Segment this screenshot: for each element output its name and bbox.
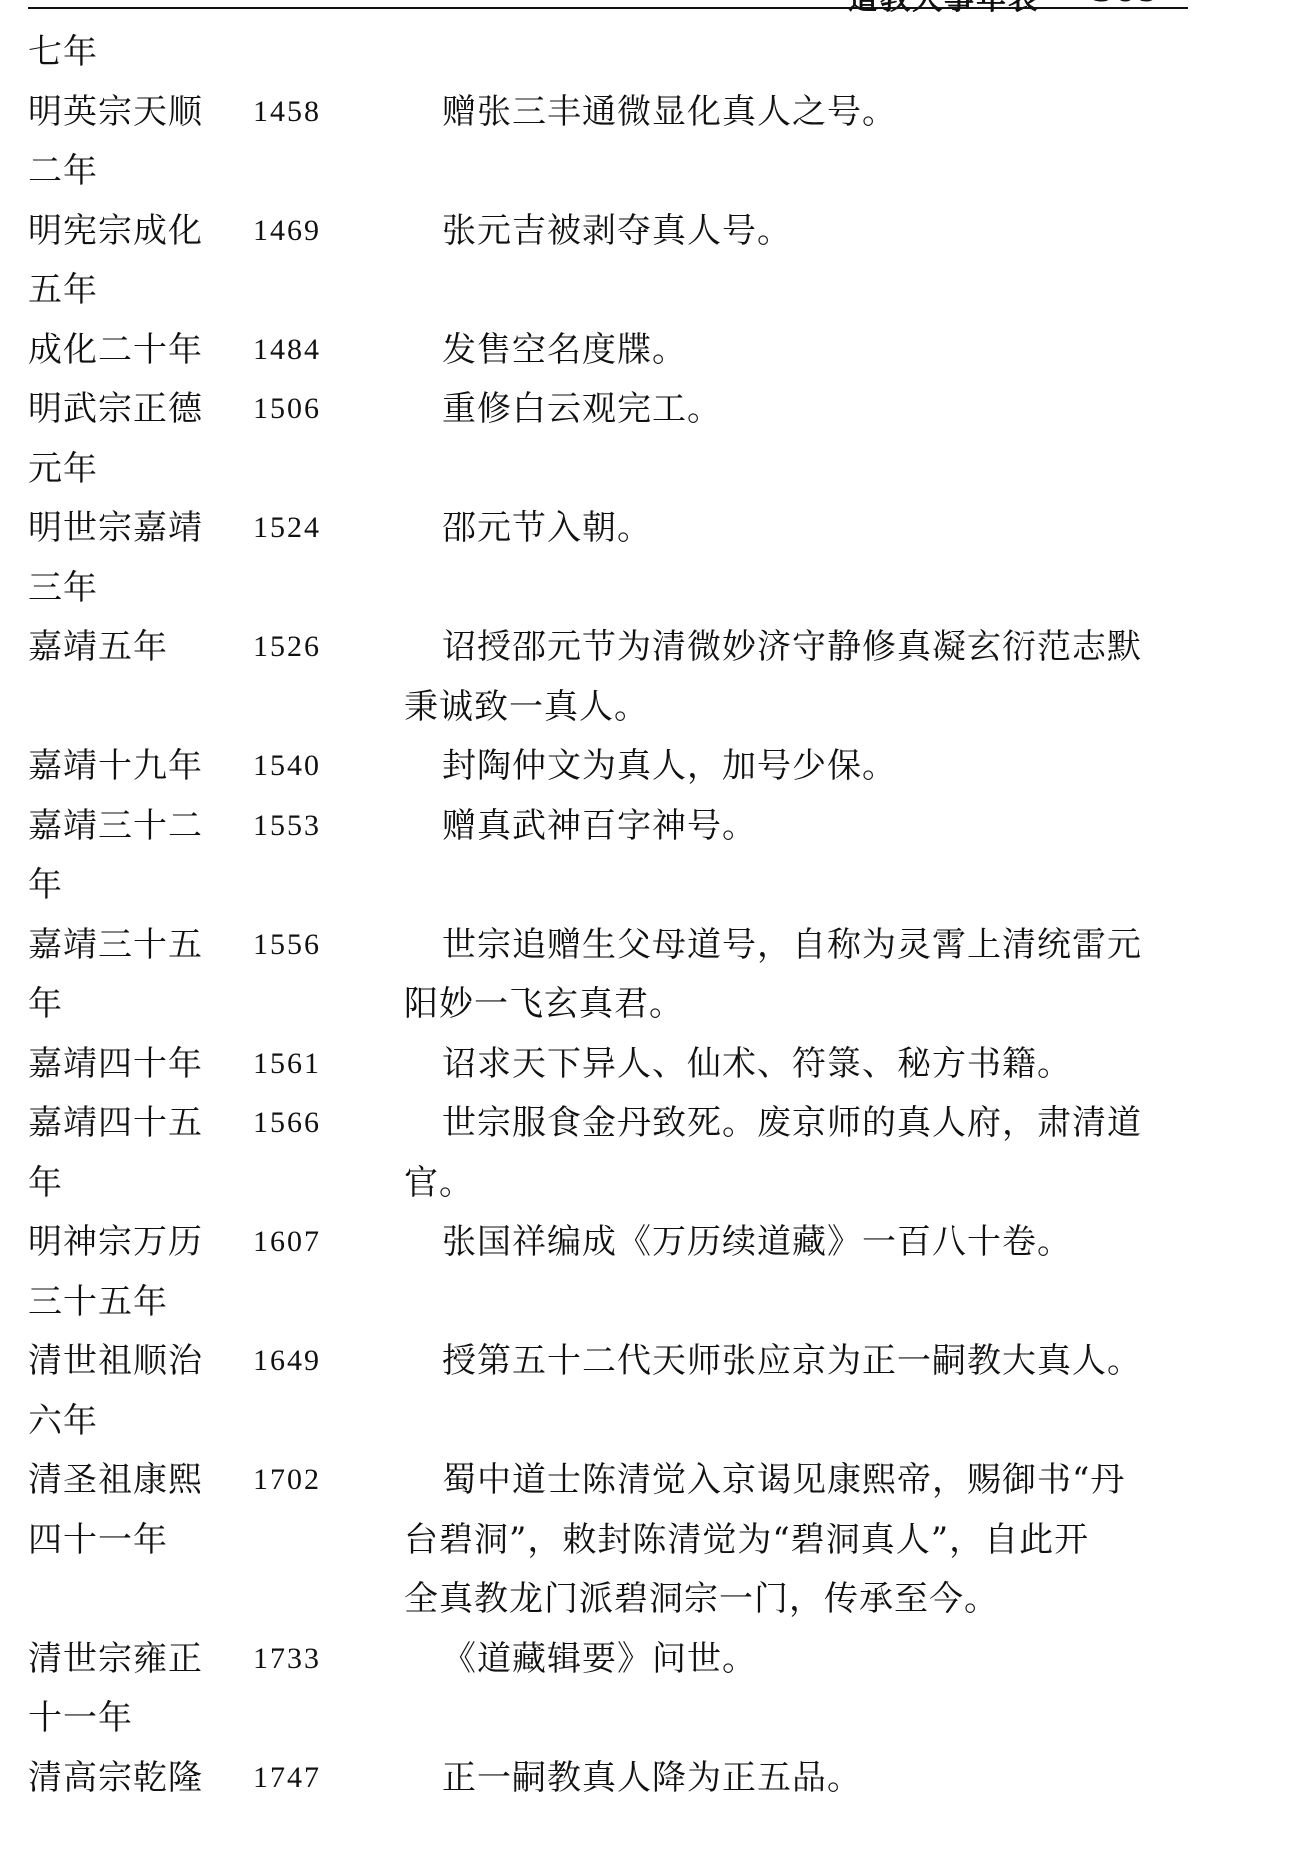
event-description: 发售空名度牒。 (442, 328, 687, 372)
chronology-line: 清世祖顺治1649授第五十二代天师张应京为正一嗣教大真人。 (0, 1339, 1293, 1399)
year-value: 1561 (253, 1042, 321, 1086)
year-value: 1566 (253, 1101, 321, 1145)
chronology-continuation-line: 秉诚致一真人。 (0, 685, 1293, 745)
chronology-line: 二年 (0, 149, 1293, 209)
chronology-continuation-line: 年阳妙一飞玄真君。 (0, 982, 1293, 1042)
year-value: 1607 (253, 1220, 321, 1264)
year-value: 1458 (253, 90, 321, 134)
event-description: 《道藏辑要》问世。 (442, 1637, 757, 1681)
running-header-title: 道教大事年表 (848, 0, 1040, 12)
chronology-continuation-line: 四十一年台碧洞”，敕封陈清觉为“碧洞真人”，自此开 (0, 1518, 1293, 1578)
era-label: 年 (28, 863, 63, 907)
era-label: 元年 (28, 447, 98, 491)
era-label: 明世宗嘉靖 (28, 506, 203, 550)
event-description: 世宗追赠生父母道号，自称为灵霄上清统雷元 (442, 923, 1142, 967)
chronology-line: 明英宗天顺1458赠张三丰通微显化真人之号。 (0, 90, 1293, 150)
year-value: 1469 (253, 209, 321, 253)
era-label: 三年 (28, 566, 98, 610)
era-label: 清世祖顺治 (28, 1339, 203, 1383)
event-description: 封陶仲文为真人，加号少保。 (442, 744, 897, 788)
running-header: 道教大事年表 309 (0, 0, 1293, 12)
event-description: 授第五十二代天师张应京为正一嗣教大真人。 (442, 1339, 1142, 1383)
era-label: 五年 (28, 268, 98, 312)
era-label: 明宪宗成化 (28, 209, 203, 253)
era-label: 年 (28, 1161, 63, 1205)
year-value: 1556 (253, 923, 321, 967)
era-label: 清高宗乾隆 (28, 1756, 203, 1800)
year-value: 1506 (253, 387, 321, 431)
chronology-line: 七年 (0, 30, 1293, 90)
chronology-line: 清高宗乾隆1747正一嗣教真人降为正五品。 (0, 1756, 1293, 1816)
event-description: 官。 (404, 1161, 474, 1205)
chronology-line: 成化二十年1484发售空名度牒。 (0, 328, 1293, 388)
era-label: 嘉靖十九年 (28, 744, 203, 788)
chronology-line: 明世宗嘉靖1524邵元节入朝。 (0, 506, 1293, 566)
year-value: 1733 (253, 1637, 321, 1681)
era-label: 嘉靖四十年 (28, 1042, 203, 1086)
event-description: 赠真武神百字神号。 (442, 804, 757, 848)
event-description: 张国祥编成《万历续道藏》一百八十卷。 (442, 1220, 1072, 1264)
era-label: 二年 (28, 149, 98, 193)
year-value: 1540 (253, 744, 321, 788)
year-value: 1526 (253, 625, 321, 669)
era-label: 四十一年 (28, 1518, 168, 1562)
chronology-line: 嘉靖四十年1561诏求天下异人、仙术、符箓、秘方书籍。 (0, 1042, 1293, 1102)
chronology-line: 嘉靖五年1526诏授邵元节为清微妙济守静修真凝玄衍范志默 (0, 625, 1293, 685)
chronology-line: 元年 (0, 447, 1293, 507)
chronology-line: 嘉靖十九年1540封陶仲文为真人，加号少保。 (0, 744, 1293, 804)
era-label: 明武宗正德 (28, 387, 203, 431)
event-description: 秉诚致一真人。 (404, 685, 649, 729)
era-label: 嘉靖五年 (28, 625, 168, 669)
event-description: 世宗服食金丹致死。废京师的真人府，肃清道 (442, 1101, 1142, 1145)
year-value: 1649 (253, 1339, 321, 1383)
year-value: 1524 (253, 506, 321, 550)
event-description: 张元吉被剥夺真人号。 (442, 209, 792, 253)
chronology-continuation-line: 年官。 (0, 1161, 1293, 1221)
event-description: 阳妙一飞玄真君。 (404, 982, 684, 1026)
era-label: 明英宗天顺 (28, 90, 203, 134)
chronology-line: 嘉靖三十五1556世宗追赠生父母道号，自称为灵霄上清统雷元 (0, 923, 1293, 983)
event-description: 蜀中道士陈清觉入京谒见康熙帝，赐御书“丹 (442, 1458, 1125, 1502)
chronology-line: 明宪宗成化1469张元吉被剥夺真人号。 (0, 209, 1293, 269)
event-description: 诏授邵元节为清微妙济守静修真凝玄衍范志默 (442, 625, 1142, 669)
event-description: 重修白云观完工。 (442, 387, 722, 431)
era-label: 十一年 (28, 1696, 133, 1740)
year-value: 1747 (253, 1756, 321, 1800)
era-label: 嘉靖三十二 (28, 804, 203, 848)
chronology-line: 明神宗万历1607张国祥编成《万历续道藏》一百八十卷。 (0, 1220, 1293, 1280)
event-description: 全真教龙门派碧洞宗一门，传承至今。 (404, 1577, 999, 1621)
year-value: 1553 (253, 804, 321, 848)
era-label: 嘉靖三十五 (28, 923, 203, 967)
chronology-continuation-line: 全真教龙门派碧洞宗一门，传承至今。 (0, 1577, 1293, 1637)
chronology-line: 五年 (0, 268, 1293, 328)
chronology-line: 清圣祖康熙1702蜀中道士陈清觉入京谒见康熙帝，赐御书“丹 (0, 1458, 1293, 1518)
event-description: 赠张三丰通微显化真人之号。 (442, 90, 897, 134)
era-label: 清世宗雍正 (28, 1637, 203, 1681)
chronology-line: 三年 (0, 566, 1293, 626)
event-description: 台碧洞”，敕封陈清觉为“碧洞真人”，自此开 (404, 1518, 1089, 1562)
era-label: 嘉靖四十五 (28, 1101, 203, 1145)
era-label: 三十五年 (28, 1280, 168, 1324)
era-label: 明神宗万历 (28, 1220, 203, 1264)
event-description: 正一嗣教真人降为正五品。 (442, 1756, 862, 1800)
chronology-line: 十一年 (0, 1696, 1293, 1756)
era-label: 清圣祖康熙 (28, 1458, 203, 1502)
chronology-line: 嘉靖三十二1553赠真武神百字神号。 (0, 804, 1293, 864)
event-description: 诏求天下异人、仙术、符箓、秘方书籍。 (442, 1042, 1072, 1086)
era-label: 成化二十年 (28, 328, 203, 372)
chronology-line: 年 (0, 863, 1293, 923)
page-number: 309 (1092, 0, 1161, 9)
event-description: 邵元节入朝。 (442, 506, 652, 550)
era-label: 七年 (28, 30, 98, 74)
chronology-line: 六年 (0, 1399, 1293, 1459)
chronology-line: 明武宗正德1506重修白云观完工。 (0, 387, 1293, 447)
chronology-line: 清世宗雍正1733《道藏辑要》问世。 (0, 1637, 1293, 1697)
year-value: 1484 (253, 328, 321, 372)
era-label: 六年 (28, 1399, 98, 1443)
chronology-line: 三十五年 (0, 1280, 1293, 1340)
year-value: 1702 (253, 1458, 321, 1502)
era-label: 年 (28, 982, 63, 1026)
chronology-line: 嘉靖四十五1566世宗服食金丹致死。废京师的真人府，肃清道 (0, 1101, 1293, 1161)
